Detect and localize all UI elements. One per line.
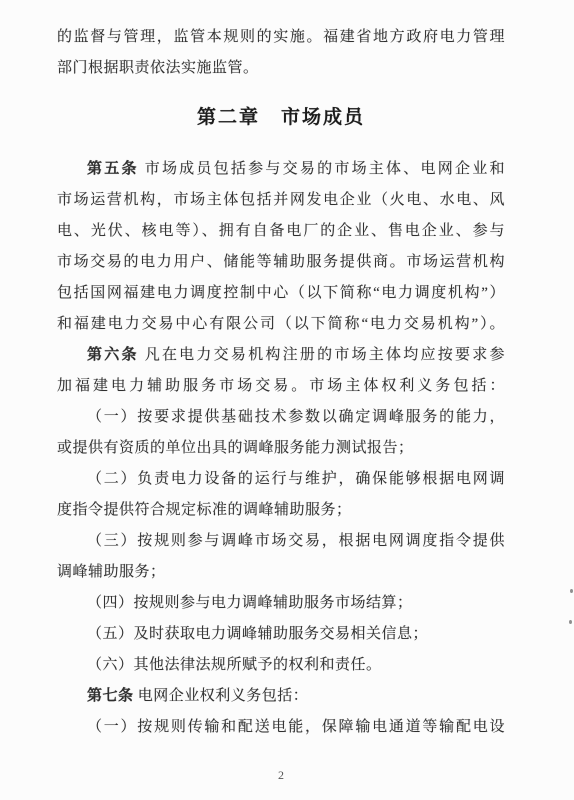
text-line: 第六条 凡在电力交易机构注册的市场主体均应按要求参	[57, 340, 505, 371]
article-label-text: 第五条	[87, 161, 139, 177]
text-line: 第五条 市场成员包括参与交易的市场主体、电网企业和	[57, 154, 505, 185]
text-segment: 市场成员包括参与交易的市场主体、电网企业和	[139, 161, 505, 177]
text-line: （五）及时获取电力调峰辅助服务交易相关信息；	[57, 619, 505, 650]
article-label-text: 第六条	[87, 347, 139, 363]
text-line: 第七条 电网企业权利义务包括：	[57, 681, 505, 712]
text-segment: 市场交易的电力用户、储能等辅助服务提供商。市场运营机构	[57, 254, 505, 270]
text-line: （四）按规则参与电力调峰辅助服务市场结算；	[57, 588, 505, 619]
text-line: （六）其他法律法规所赋予的权利和责任。	[57, 650, 505, 681]
text-segment: （五）及时获取电力调峰辅助服务交易相关信息；	[87, 626, 428, 642]
text-line: 市场交易的电力用户、储能等辅助服务提供商。市场运营机构	[57, 247, 505, 278]
text-segment: 包括国网福建电力调度控制中心（以下简称“电力调度机构”）	[57, 285, 505, 301]
text-line: 或提供有资质的单位出具的调峰服务能力测试报告；	[57, 433, 505, 464]
text-line: 包括国网福建电力调度控制中心（以下简称“电力调度机构”）	[57, 278, 505, 309]
text-segment: 电网企业权利义务包括：	[134, 688, 309, 704]
text-segment: 度指令提供符合规定标准的调峰辅助服务；	[57, 502, 352, 518]
text-segment: 加福建电力辅助服务市场交易。市场主体权利义务包括：	[57, 378, 505, 394]
page-number: 2	[57, 768, 505, 783]
document-content: 的监督与管理，监管本规则的实施。福建省地方政府电力管理部门根据职责依法实施监管。…	[57, 22, 505, 743]
text-line: （三）按规则参与调峰市场交易，根据电网调度指令提供	[57, 526, 505, 557]
text-line: 市场运营机构，市场主体包括并网发电企业（火电、水电、风	[57, 185, 505, 216]
text-line: 度指令提供符合规定标准的调峰辅助服务；	[57, 495, 505, 526]
text-segment: 调峰辅助服务；	[57, 564, 166, 580]
chapter-heading: 第二章 市场成员	[57, 102, 505, 133]
text-segment: 或提供有资质的单位出具的调峰服务能力测试报告；	[57, 440, 414, 456]
text-line: 的监督与管理，监管本规则的实施。福建省地方政府电力管理	[57, 22, 505, 53]
text-line: 电、光伏、核电等）、拥有自备电厂的企业、售电企业、参与	[57, 216, 505, 247]
article-label-text: 第七条	[87, 688, 134, 704]
text-segment: 和福建电力交易中心有限公司（以下简称“电力交易机构”）。	[57, 316, 505, 332]
text-line: （二）负责电力设备的运行与维护，确保能够根据电网调	[57, 464, 505, 495]
text-segment: 电、光伏、核电等）、拥有自备电厂的企业、售电企业、参与	[57, 223, 505, 239]
text-segment: 市场运营机构，市场主体包括并网发电企业（火电、水电、风	[57, 192, 505, 208]
text-line: 调峰辅助服务；	[57, 557, 505, 588]
text-segment: （六）其他法律法规所赋予的权利和责任。	[87, 657, 382, 673]
text-segment: （一）按规则传输和配送电能，保障输电通道等输配电设	[87, 719, 505, 735]
text-segment: 部门根据职责依法实施监管。	[57, 60, 259, 76]
document-page: 的监督与管理，监管本规则的实施。福建省地方政府电力管理部门根据职责依法实施监管。…	[0, 0, 574, 800]
text-line: 和福建电力交易中心有限公司（以下简称“电力交易机构”）。	[57, 309, 505, 340]
text-line: 加福建电力辅助服务市场交易。市场主体权利义务包括：	[57, 371, 505, 402]
text-segment: 的监督与管理，监管本规则的实施。福建省地方政府电力管理	[57, 29, 505, 45]
text-segment: （三）按规则参与调峰市场交易，根据电网调度指令提供	[87, 533, 505, 549]
text-segment: （四）按规则参与电力调峰辅助服务市场结算；	[87, 595, 413, 611]
text-segment: （二）负责电力设备的运行与维护，确保能够根据电网调	[87, 471, 505, 487]
scan-speck	[570, 589, 573, 593]
text-segment: 凡在电力交易机构注册的市场主体均应按要求参	[139, 347, 505, 363]
text-line: 部门根据职责依法实施监管。	[57, 53, 505, 84]
scan-speck	[569, 620, 572, 624]
text-segment: （一）按要求提供基础技术参数以确定调峰服务的能力，	[87, 409, 505, 425]
text-line: （一）按要求提供基础技术参数以确定调峰服务的能力，	[57, 402, 505, 433]
article-label-text: 第二章 市场成员	[197, 107, 365, 128]
text-line: （一）按规则传输和配送电能，保障输电通道等输配电设	[57, 712, 505, 743]
